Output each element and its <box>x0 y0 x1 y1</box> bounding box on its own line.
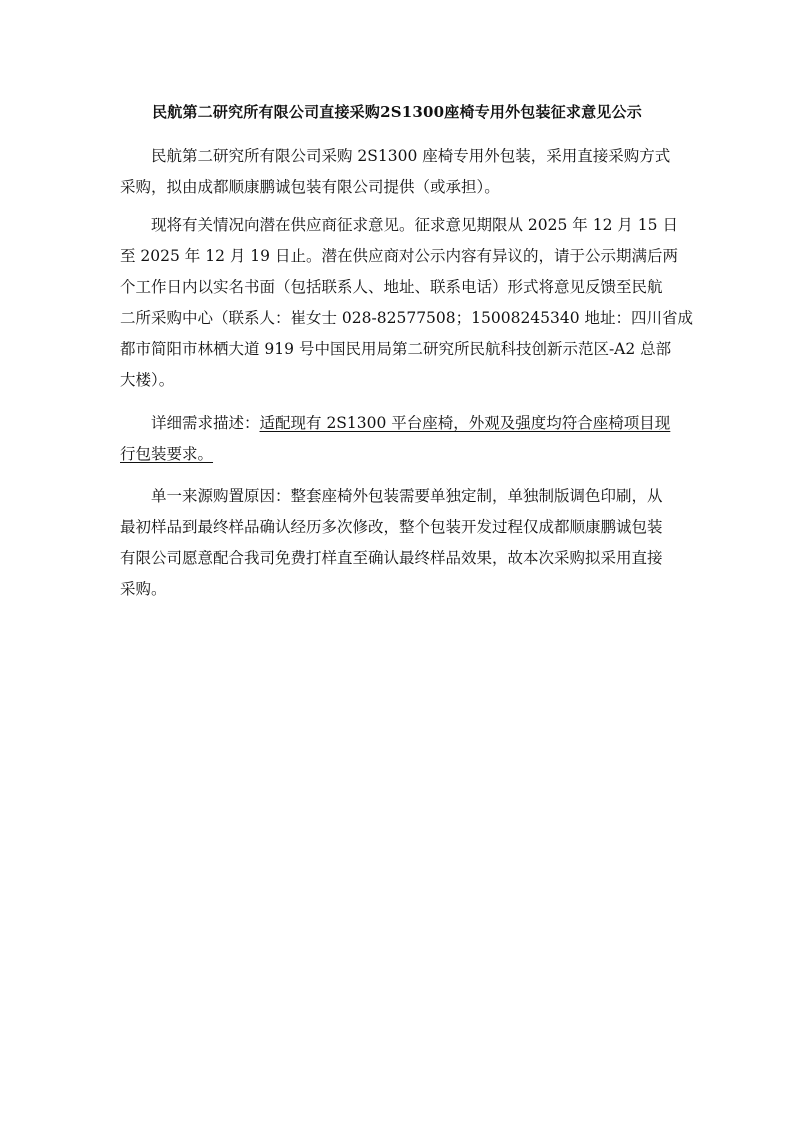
paragraph-line: 最初样品到最终样品确认经历多次修改，整个包装开发过程仅成都顺康鹏诚包装 <box>120 512 676 543</box>
paragraph-line: 采购。 <box>120 574 676 605</box>
paragraph-line: 民航第二研究所有限公司采购 2S1300 座椅专用外包装，采用直接采购方式 <box>120 141 676 172</box>
paragraph-requirement-description: 详细需求描述：适配现有 2S1300 平台座椅，外观及强度均符合座椅项目现 行包… <box>120 408 676 470</box>
document-page: 民航第二研究所有限公司直接采购2S1300座椅专用外包装征求意见公示 民航第二研… <box>0 0 794 1123</box>
paragraph-line: 二所采购中心（联系人：崔女士 028-82577508；15008245340 … <box>120 303 676 334</box>
requirement-text: 适配现有 2S1300 平台座椅，外观及强度均符合座椅项目现 <box>260 414 671 432</box>
document-title: 民航第二研究所有限公司直接采购2S1300座椅专用外包装征求意见公示 <box>0 101 794 122</box>
requirement-text: 行包装要求。 <box>120 445 213 463</box>
paragraph-line: 至 2025 年 12 月 19 日止。潜在供应商对公示内容有异议的，请于公示期… <box>120 241 676 272</box>
paragraph-line: 行包装要求。 <box>120 439 676 470</box>
paragraph-line: 大楼）。 <box>120 365 676 396</box>
paragraph-feedback-period: 现将有关情况向潜在供应商征求意见。征求意见期限从 2025 年 12 月 15 … <box>120 210 676 396</box>
paragraph-line: 个工作日内以实名书面（包括联系人、地址、联系电话）形式将意见反馈至民航 <box>120 272 676 303</box>
paragraph-line: 现将有关情况向潜在供应商征求意见。征求意见期限从 2025 年 12 月 15 … <box>120 210 676 241</box>
paragraph-line: 有限公司愿意配合我司免费打样直至确认最终样品效果，故本次采购拟采用直接 <box>120 543 676 574</box>
paragraph-line: 单一来源购置原因：整套座椅外包装需要单独定制，单独制版调色印刷，从 <box>120 481 676 512</box>
paragraph-line: 采购，拟由成都顺康鹏诚包装有限公司提供（或承担）。 <box>120 172 676 203</box>
paragraph-single-source-reason: 单一来源购置原因：整套座椅外包装需要单独定制，单独制版调色印刷，从 最初样品到最… <box>120 481 676 605</box>
paragraph-procurement-method: 民航第二研究所有限公司采购 2S1300 座椅专用外包装，采用直接采购方式 采购… <box>120 141 676 203</box>
paragraph-line: 都市简阳市林栖大道 919 号中国民用局第二研究所民航科技创新示范区-A2 总部 <box>120 334 676 365</box>
requirement-label: 详细需求描述： <box>151 414 260 432</box>
paragraph-line: 详细需求描述：适配现有 2S1300 平台座椅，外观及强度均符合座椅项目现 <box>120 408 676 439</box>
